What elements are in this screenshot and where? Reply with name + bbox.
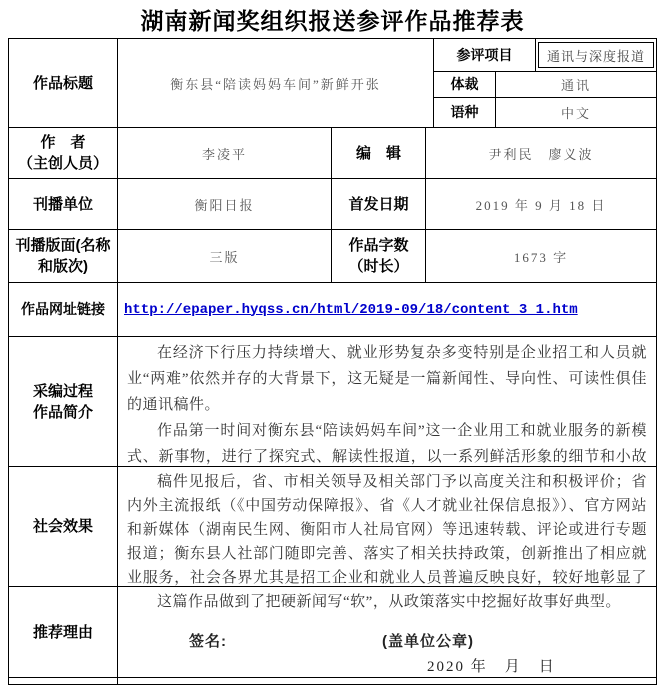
row-recommendation: 推荐理由 这篇作品做到了把硬新闻写“软”，从政策落实中挖掘好故事好典型。 签名:… xyxy=(9,587,656,678)
signature-line: 签名: (盖单位公章) xyxy=(127,630,647,651)
partial-bottom-content-cell xyxy=(118,678,656,684)
row-social-effect: 社会效果 稿件见报后，省、市相关领导及相关部门予以高度关注和积极评价；省内外主流… xyxy=(9,467,656,587)
social-effect-text: 稿件见报后，省、市相关领导及相关部门予以高度关注和积极评价；省内外主流报纸（《中… xyxy=(118,467,656,586)
signature-date-line: 2020 年 月 日 xyxy=(427,655,647,676)
publish-date-label: 首发日期 xyxy=(332,179,426,229)
author-value: 李凌平 xyxy=(118,128,332,178)
page-layout-value: 三版 xyxy=(118,230,332,282)
entry-item-value: 通讯与深度报道 xyxy=(538,42,654,68)
work-title-value: 衡东县“陪读妈妈车间”新鲜开张 xyxy=(118,39,434,127)
work-title-label: 作品标题 xyxy=(9,39,118,127)
row-partial-bottom xyxy=(9,678,656,684)
editor-label: 编 辑 xyxy=(332,128,426,178)
publisher-label: 刊播单位 xyxy=(9,179,118,229)
row-work-title: 作品标题 衡东县“陪读妈妈车间”新鲜开张 参评项目 通讯与深度报道 体裁 通讯 … xyxy=(9,39,656,128)
word-count-label-line2: （时长） xyxy=(348,256,408,277)
publisher-value: 衡阳日报 xyxy=(118,179,332,229)
partial-bottom-label-cell xyxy=(9,678,118,684)
recommendation-content: 这篇作品做到了把硬新闻写“软”，从政策落实中挖掘好故事好典型。 签名: (盖单位… xyxy=(118,587,656,677)
recommendation-form-table: 作品标题 衡东县“陪读妈妈车间”新鲜开张 参评项目 通讯与深度报道 体裁 通讯 … xyxy=(8,38,657,685)
row-url: 作品网址链接 http://epaper.hyqss.cn/html/2019-… xyxy=(9,283,656,337)
entry-meta-group: 参评项目 通讯与深度报道 体裁 通讯 语种 中文 xyxy=(434,39,656,127)
seal-label: (盖单位公章) xyxy=(382,630,474,651)
social-effect-paragraph: 稿件见报后，省、市相关领导及相关部门予以高度关注和积极评价；省内外主流报纸（《中… xyxy=(127,470,647,586)
genre-value: 通讯 xyxy=(496,72,656,97)
work-url-link[interactable]: http://epaper.hyqss.cn/html/2019-09/18/c… xyxy=(124,302,578,318)
row-process-intro: 采编过程 作品简介 在经济下行压力持续增大、就业形势复杂多变特别是企业招工和人员… xyxy=(9,337,656,467)
row-language: 语种 中文 xyxy=(434,98,656,127)
recommendation-paragraph: 这篇作品做到了把硬新闻写“软”，从政策落实中挖掘好故事好典型。 xyxy=(127,590,647,614)
publish-date-value: 2019 年 9 月 18 日 xyxy=(426,179,656,229)
author-label: 作 者 （主创人员） xyxy=(9,128,118,178)
process-intro-label-line1: 采编过程 xyxy=(33,381,93,402)
word-count-label-line1: 作品字数 xyxy=(348,235,408,256)
word-count-value: 1673 字 xyxy=(426,230,656,282)
process-intro-label-line2: 作品简介 xyxy=(33,402,93,423)
process-intro-text: 在经济下行压力持续增大、就业形势复杂多变特别是企业招工和人员就业“两难”依然并存… xyxy=(118,337,656,466)
genre-label: 体裁 xyxy=(434,72,496,97)
url-label: 作品网址链接 xyxy=(9,283,118,336)
word-count-label: 作品字数 （时长） xyxy=(332,230,426,282)
row-entry-item: 参评项目 通讯与深度报道 xyxy=(434,39,656,72)
page-title: 湖南新闻奖组织报送参评作品推荐表 xyxy=(0,0,665,38)
row-layout-wordcount: 刊播版面(名称 和版次) 三版 作品字数 （时长） 1673 字 xyxy=(9,230,656,283)
page-layout-label-line2: 和版次) xyxy=(38,256,88,277)
page-layout-label-line1: 刊播版面(名称 xyxy=(16,235,111,256)
recommendation-label: 推荐理由 xyxy=(9,587,118,677)
row-publisher-date: 刊播单位 衡阳日报 首发日期 2019 年 9 月 18 日 xyxy=(9,179,656,230)
editor-value: 尹利民 廖义波 xyxy=(426,128,656,178)
author-label-line1: 作 者 xyxy=(40,132,85,153)
author-label-line2: （主创人员） xyxy=(18,153,108,174)
language-label: 语种 xyxy=(434,98,496,127)
row-genre: 体裁 通讯 xyxy=(434,72,656,98)
language-value: 中文 xyxy=(496,98,656,127)
entry-item-label: 参评项目 xyxy=(434,39,536,71)
recommendation-form-page: 湖南新闻奖组织报送参评作品推荐表 作品标题 衡东县“陪读妈妈车间”新鲜开张 参评… xyxy=(0,0,665,688)
entry-item-value-cell: 通讯与深度报道 xyxy=(536,39,656,71)
row-author-editor: 作 者 （主创人员） 李凌平 编 辑 尹利民 廖义波 xyxy=(9,128,656,179)
page-layout-label: 刊播版面(名称 和版次) xyxy=(9,230,118,282)
process-intro-label: 采编过程 作品简介 xyxy=(9,337,118,466)
url-cell: http://epaper.hyqss.cn/html/2019-09/18/c… xyxy=(118,283,656,336)
social-effect-label: 社会效果 xyxy=(9,467,118,586)
signature-label: 签名: xyxy=(189,630,227,651)
process-intro-paragraph-2: 作品第一时间对衡东县“陪读妈妈车间”这一企业用工和就业服务的新模式、新事物，进行… xyxy=(127,418,647,466)
process-intro-paragraph-1: 在经济下行压力持续增大、就业形势复杂多变特别是企业招工和人员就业“两难”依然并存… xyxy=(127,340,647,418)
